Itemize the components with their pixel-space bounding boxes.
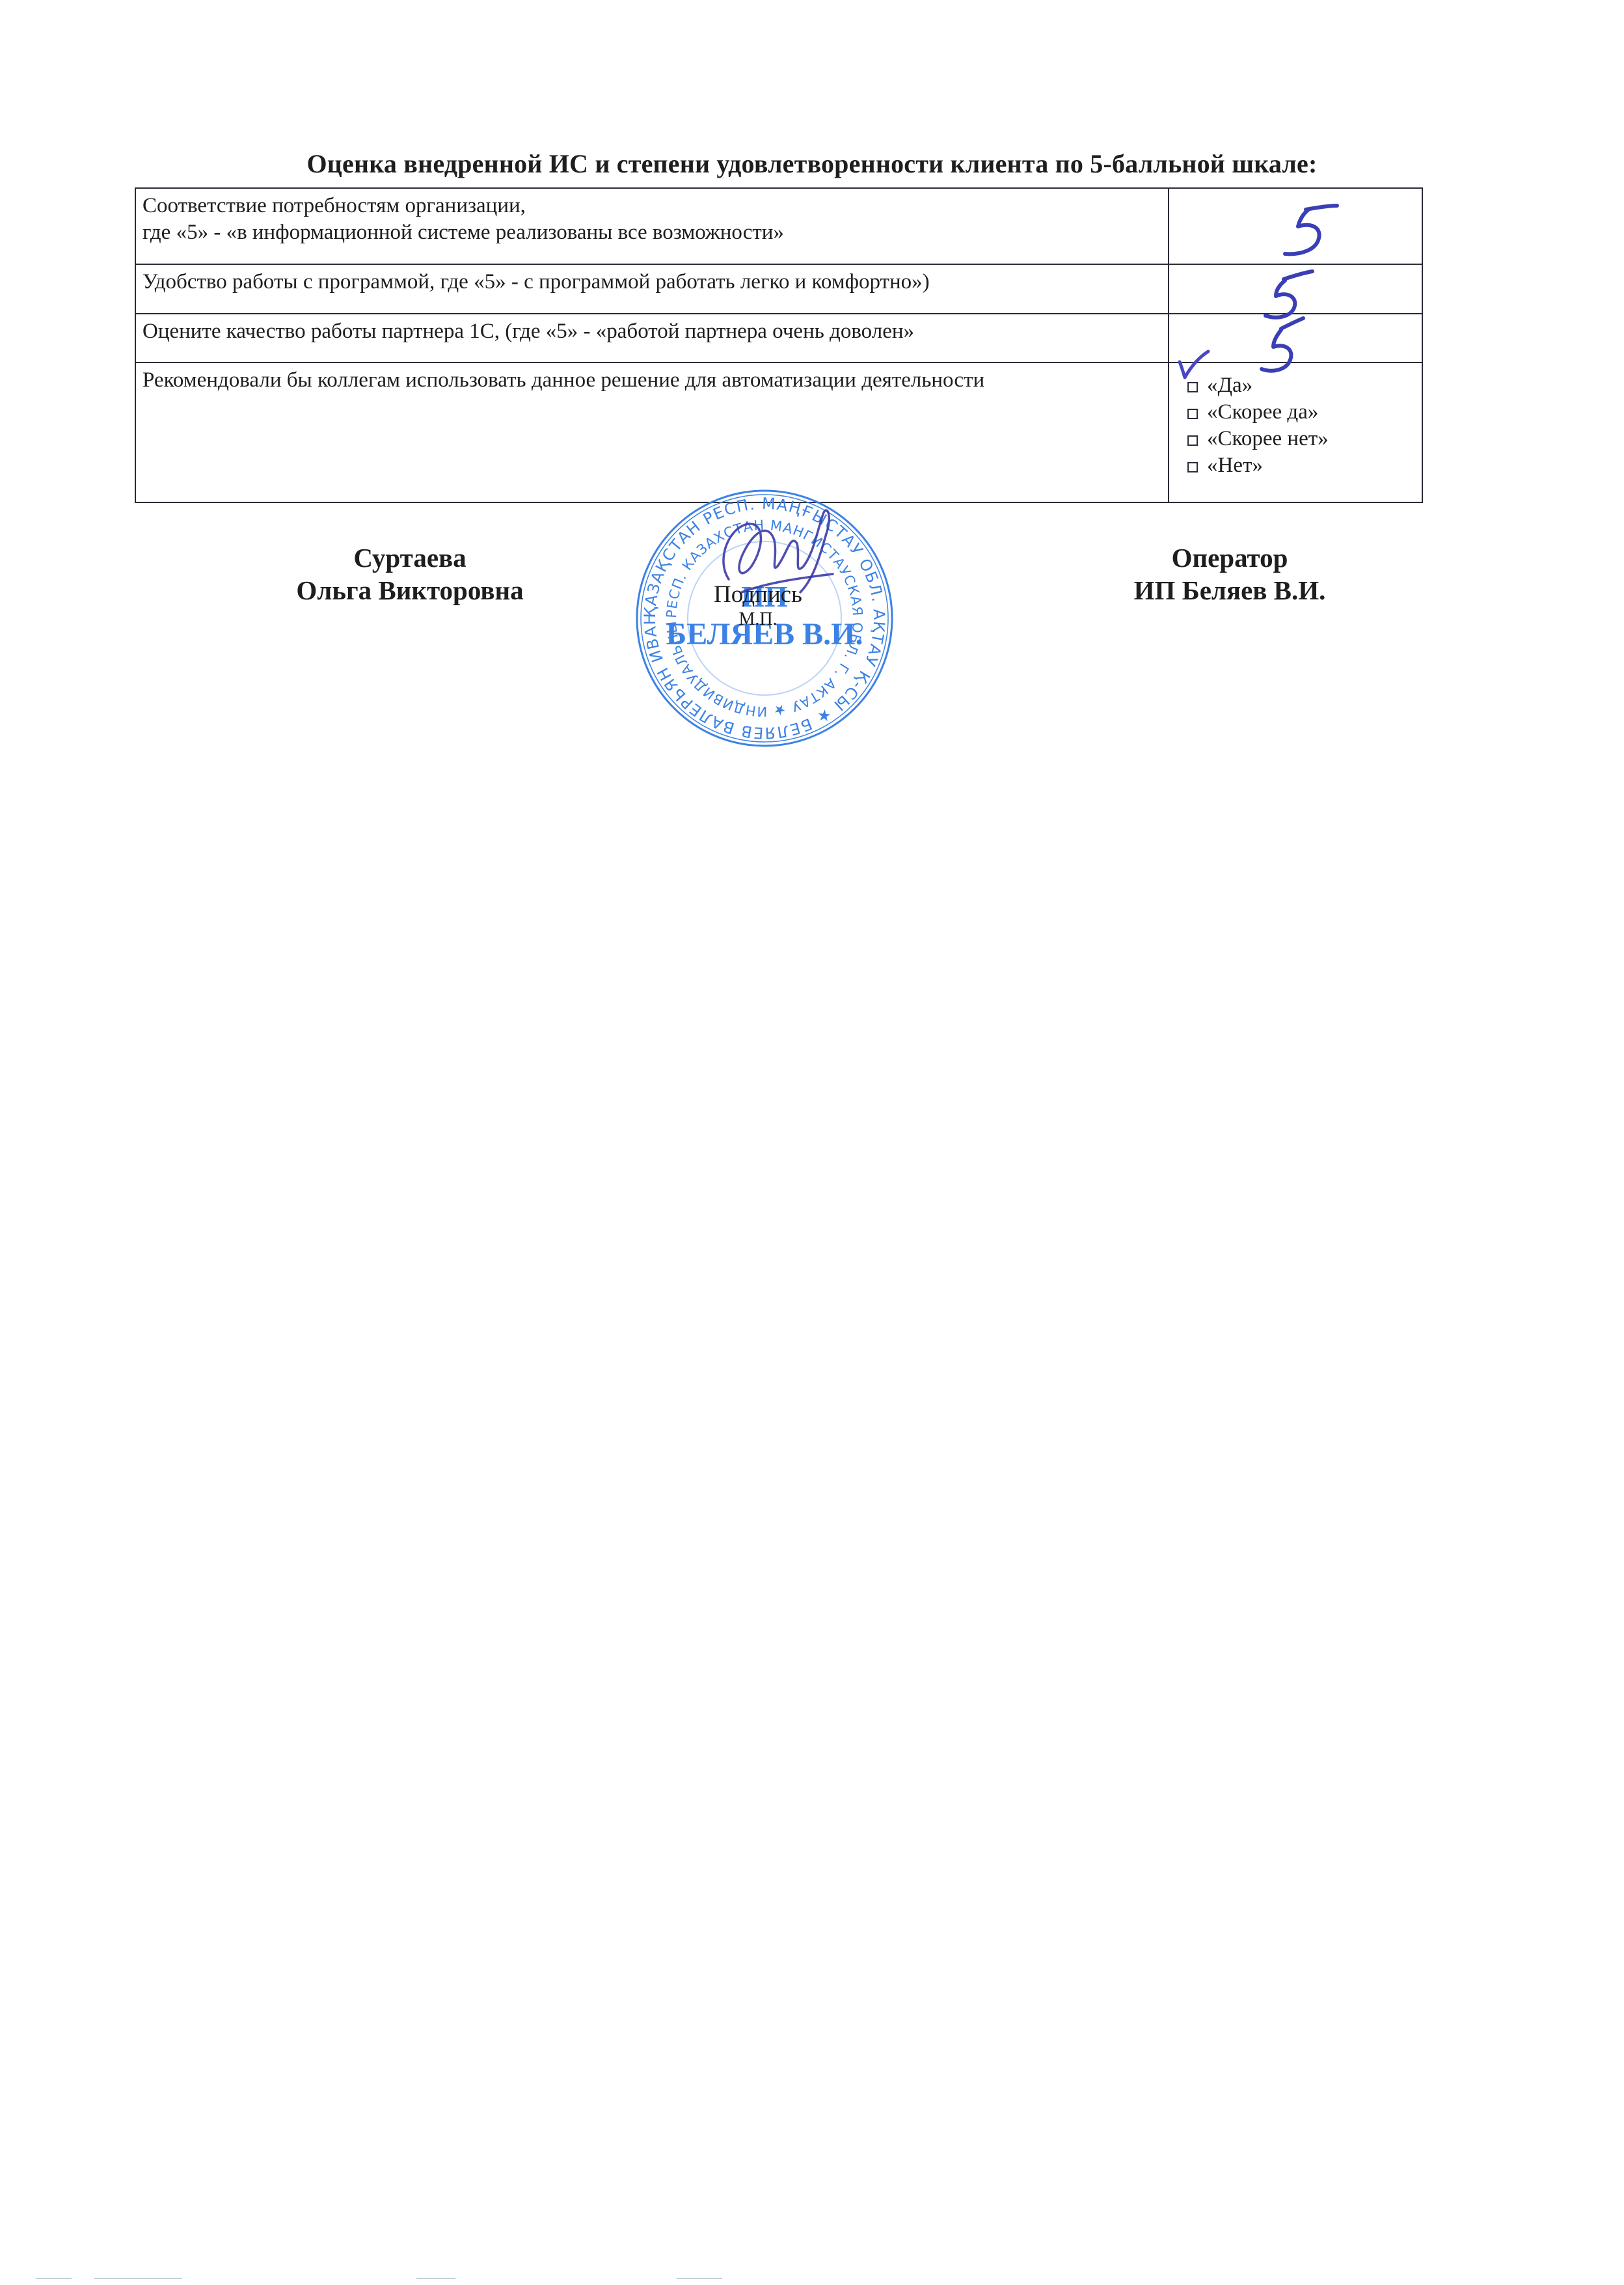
seal-label: М.П. [651, 609, 865, 630]
handwritten-checkmark-icon [1173, 349, 1212, 381]
option-no[interactable]: «Нет» [1187, 452, 1415, 479]
checkbox[interactable] [1187, 435, 1198, 446]
operator-signature-block: Оператор ИП Беляев В.И. [1061, 541, 1399, 607]
client-name: Ольга Викторовна [195, 574, 625, 607]
question-cell: Рекомендовали бы коллегам использовать д… [135, 363, 1169, 502]
answer-cell[interactable]: 5 [1169, 188, 1422, 264]
operator-name: ИП Беляев В.И. [1061, 574, 1399, 607]
question-cell: Удобство работы с программой, где «5» - … [135, 264, 1169, 314]
client-surname: Суртаева [195, 541, 625, 574]
option-label: «Скорее нет» [1207, 426, 1329, 452]
checkbox[interactable] [1187, 462, 1198, 472]
question-text: Соответствие потребностям организации, [142, 193, 1161, 219]
question-text: Удобство работы с программой, где «5» - … [142, 269, 1161, 295]
question-text: Рекомендовали бы коллегам использовать д… [142, 367, 1161, 394]
option-label: «Нет» [1207, 452, 1263, 479]
survey-row: Удобство работы с программой, где «5» - … [135, 264, 1422, 314]
question-cell: Оцените качество работы партнера 1С, (гд… [135, 314, 1169, 363]
checkbox-checked[interactable] [1187, 382, 1198, 392]
handwritten-five [1262, 197, 1353, 262]
option-rather-no[interactable]: «Скорее нет» [1187, 426, 1415, 452]
client-signature-block: Суртаева Ольга Викторовна [195, 541, 625, 607]
option-label: «Скорее да» [1207, 399, 1318, 426]
option-label: «Да» [1207, 372, 1252, 399]
option-yes[interactable]: «Да» [1187, 372, 1415, 399]
operator-role: Оператор [1061, 541, 1399, 574]
answer-cell[interactable]: 5 [1169, 264, 1422, 314]
checkbox[interactable] [1187, 409, 1198, 419]
signature-field: Подпись М.П. [651, 581, 865, 630]
signature-label: Подпись [651, 581, 865, 609]
survey-row: Соответствие потребностям организации, г… [135, 188, 1422, 264]
option-rather-yes[interactable]: «Скорее да» [1187, 399, 1415, 426]
question-cell: Соответствие потребностям организации, г… [135, 188, 1169, 264]
survey-table: Соответствие потребностям организации, г… [135, 187, 1423, 503]
question-text: где «5» - «в информационной системе реал… [142, 219, 1161, 246]
survey-row: Рекомендовали бы коллегам использовать д… [135, 363, 1422, 502]
scan-artifacts [0, 2278, 781, 2282]
survey-row: Оцените качество работы партнера 1С, (гд… [135, 314, 1422, 363]
recommendation-options: «Да» «Скорее да» «Скорее нет» «Нет» [1169, 363, 1422, 502]
document-title: Оценка внедренной ИС и степени удовлетво… [0, 148, 1624, 179]
question-text: Оцените качество работы партнера 1С, (гд… [142, 318, 1161, 345]
